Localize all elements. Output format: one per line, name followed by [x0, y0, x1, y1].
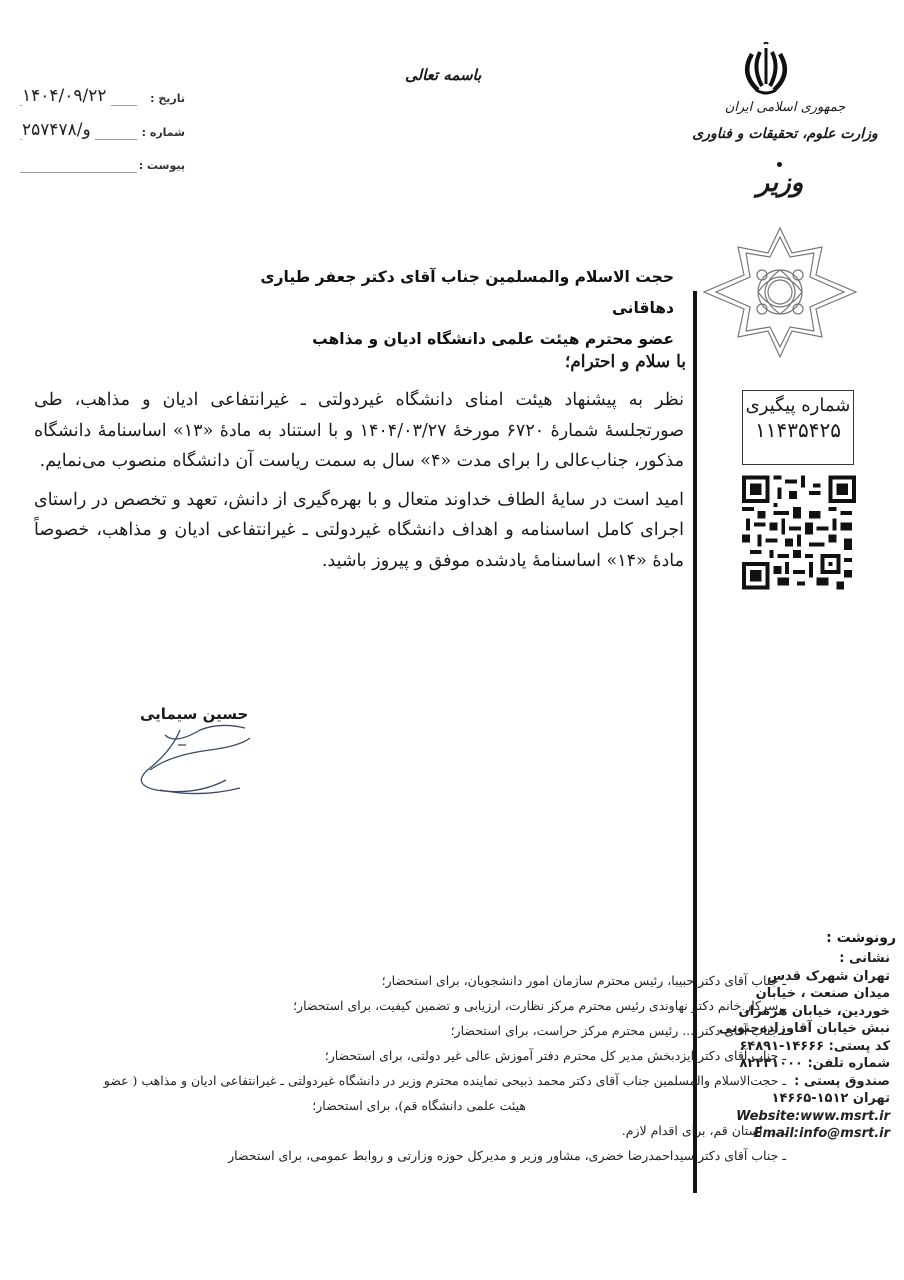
cc-item: ـ جناب آقای دکتر ایزدبخش مدیر کل محترم د…	[106, 1043, 786, 1068]
bismillah-heading: باسمه تعالی	[405, 66, 481, 84]
attachment-label: پیوست :	[139, 159, 185, 172]
islamic-ornament-icon	[700, 225, 860, 360]
number-field: شماره : ۲۵۷۴۷۸/و	[20, 124, 185, 146]
cc-item: ـ سرکار خانم دکتر نهاوندی رئیس محترم مرک…	[106, 993, 786, 1018]
recipient-title: عضو محترم هیئت علمی دانشگاه ادیان و مذاه…	[214, 324, 674, 355]
handwritten-signature-icon	[120, 715, 260, 805]
cc-item: هیئت علمی دانشگاه قم)، برای استحضار؛	[106, 1093, 526, 1118]
cc-item: ـ ... استان قم، برای اقدام لازم.	[106, 1118, 786, 1143]
attachment-field: پیوست :	[20, 157, 185, 179]
cc-item: ـ جناب آقای دکتر ... رئیس محترم مرکز حرا…	[106, 1018, 786, 1043]
greeting: با سلام و احترام؛	[565, 352, 686, 372]
letter-body: نظر به پیشنهاد هیئت امنای دانشگاه غیردول…	[34, 385, 684, 576]
recipient-block: حجت الاسلام والمسلمین جناب آقای دکتر جعف…	[214, 262, 674, 355]
tracking-box: شماره پیگیری ۱۱۴۳۵۴۲۵	[742, 390, 854, 465]
attachment-underline	[20, 172, 137, 173]
office-title: وزیر	[735, 168, 825, 198]
cc-title: رونوشت :	[826, 930, 896, 946]
number-value: ۲۵۷۴۷۸/و	[22, 120, 95, 140]
national-emblem-icon	[738, 42, 794, 96]
address-title: نشانی :	[690, 950, 890, 968]
tracking-label: شماره پیگیری	[743, 395, 853, 416]
tracking-number: ۱۱۴۳۵۴۲۵	[743, 418, 853, 442]
date-label: تاریخ :	[150, 92, 185, 105]
decorative-dot	[777, 162, 782, 167]
recipient-name: حجت الاسلام والمسلمین جناب آقای دکتر جعف…	[214, 262, 674, 324]
signer-name: حسین سیمایی	[140, 705, 248, 723]
cc-list: ـ جناب آقای دکتر حبیبا، رئیس محترم سازما…	[106, 968, 786, 1168]
org-country: جمهوری اسلامی ایران	[700, 100, 870, 115]
cc-item: ـ جناب آقای دکتر سیداحمدرضا خضری، مشاور …	[106, 1143, 786, 1168]
cc-item: ـ جناب آقای دکتر حبیبا، رئیس محترم سازما…	[106, 968, 786, 993]
body-paragraph: امید است در سایهٔ الطاف خداوند متعال و ب…	[34, 485, 684, 577]
body-paragraph: نظر به پیشنهاد هیئت امنای دانشگاه غیردول…	[34, 385, 684, 477]
date-field: تاریخ : ۱۴۰۴/۰۹/۲۲	[20, 90, 185, 112]
cc-item: ـ حجت‌الاسلام والمسلمین جناب آقای دکتر م…	[106, 1068, 786, 1093]
org-ministry: وزارت علوم، تحقیقات و فناوری	[690, 126, 880, 142]
number-label: شماره :	[142, 126, 185, 139]
qr-code	[742, 475, 856, 590]
date-value: ۱۴۰۴/۰۹/۲۲	[22, 86, 111, 106]
